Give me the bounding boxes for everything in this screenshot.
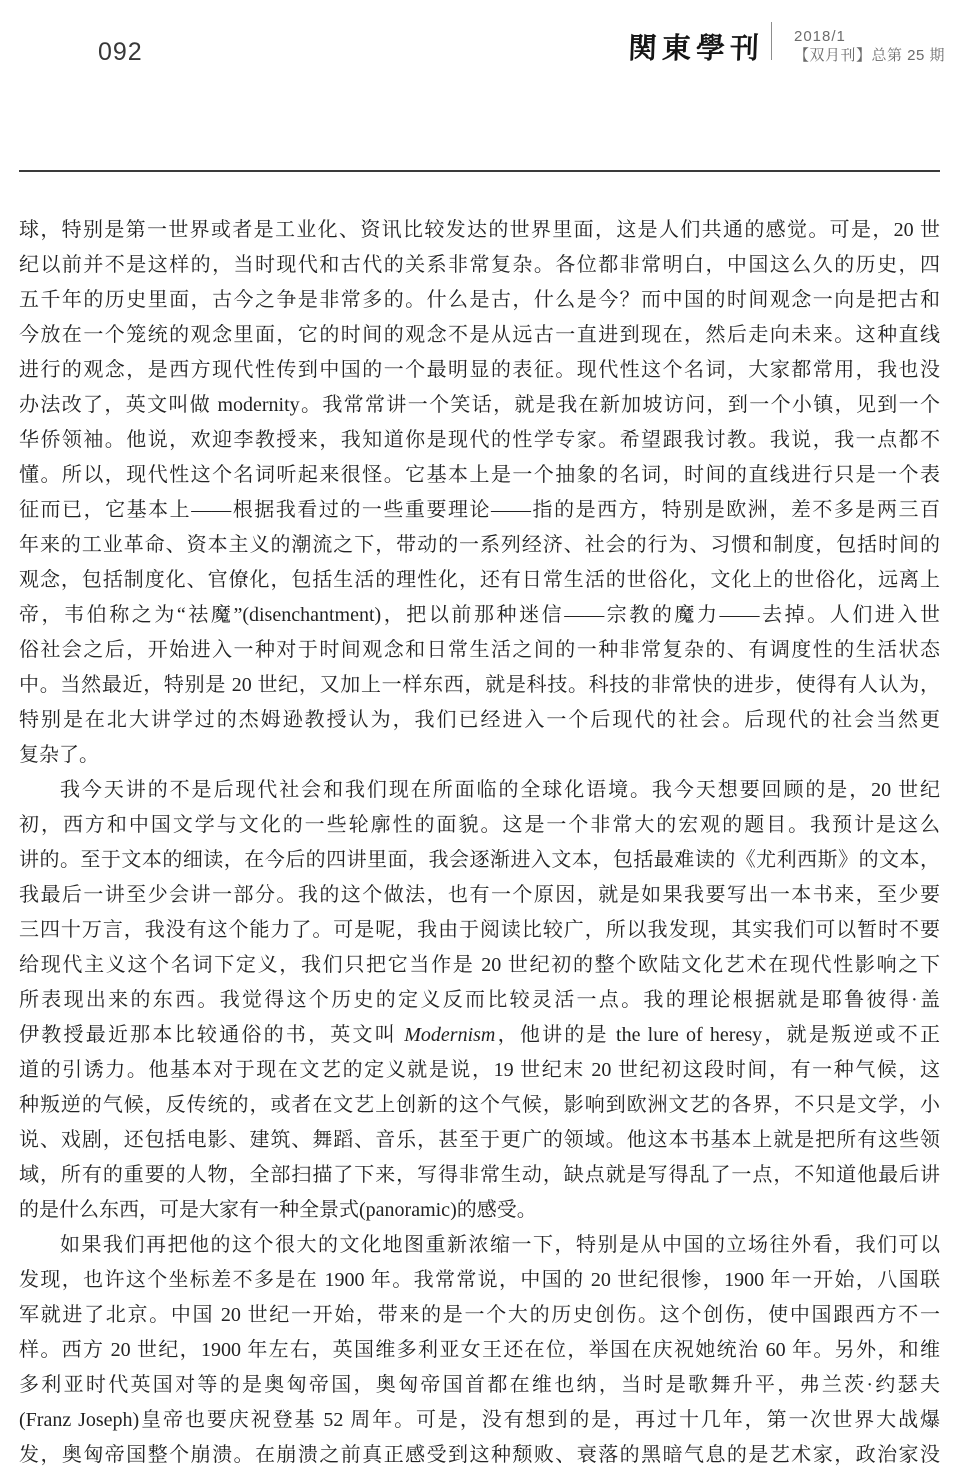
- text-line: 进行的观念，是西方现代性传到中国的一个最明显的表征。现代性这个名词，大家都常用，…: [19, 353, 940, 388]
- text-line: 懂。所以，现代性这个名词听起来很怪。它基本上是一个抽象的名词，时间的直线进行只是…: [19, 458, 940, 493]
- issue-volume: 2018/1: [794, 28, 945, 45]
- text-line: 道的引诱力。他基本对于现在文艺的定义就是说，19 世纪末 20 世纪初这段时间，…: [19, 1053, 940, 1088]
- text-line: 种叛逆的气候，反传统的，或者在文艺上创新的这个气候，影响到欧洲文艺的各界，不只是…: [19, 1088, 940, 1123]
- text-line: 俗社会之后，开始进入一种对于时间观念和日常生活之间的一种非常复杂的、有调度性的生…: [19, 633, 940, 668]
- text-line: 初，西方和中国文学与文化的一些轮廓性的面貌。这是一个非常大的宏观的题目。我预计是…: [19, 808, 940, 843]
- text-line: 伊教授最近那本比较通俗的书，英文叫 Modernism，他讲的是 the lur…: [19, 1018, 940, 1053]
- text-line: 办法改了，英文叫做 modernity。我常常讲一个笑话，就是我在新加坡访问，到…: [19, 388, 940, 423]
- text-line: 域，所有的重要的人物，全部扫描了下来，写得非常生动，缺点就是写得乱了一点，不知道…: [19, 1158, 940, 1193]
- text-line: 多利亚时代英国对等的是奥匈帝国，奥匈帝国首都在维也纳，当时是歌舞升平，弗兰茨·约…: [19, 1368, 940, 1403]
- text-line: 五千年的历史里面，古今之争是非常多的。什么是古，什么是今？而中国的时间观念一向是…: [19, 283, 940, 318]
- journal-page: 092 関東學刊 2018/1 【双月刊】总第 25 期 球，特别是第一世界或者…: [0, 0, 958, 1476]
- text-line: 发现，也许这个坐标差不多是在 1900 年。我常常说，中国的 20 世纪很惨，1…: [19, 1263, 940, 1298]
- text-line: 如果我们再把他的这个很大的文化地图重新浓缩一下，特别是从中国的立场往外看，我们可…: [19, 1228, 940, 1263]
- page-number: 092: [98, 38, 143, 67]
- text-line: 特别是在北大讲学过的杰姆逊教授认为，我们已经进入一个后现代的社会。后现代的社会当…: [19, 703, 940, 738]
- text-line: 发，奥匈帝国整个崩溃。在崩溃之前真正感受到这种颓败、衰落的黑暗气息的是艺术家，政…: [19, 1438, 940, 1473]
- text-line: 观念，包括制度化、官僚化，包括生活的理性化，还有日常生活的世俗化，文化上的世俗化…: [19, 563, 940, 598]
- issue-number: 【双月刊】总第 25 期: [794, 47, 945, 64]
- header-rule: [19, 170, 940, 172]
- text-line: 我最后一讲至少会讲一部分。我的这个做法，也有一个原因，就是如果我要写出一本书来，…: [19, 878, 940, 913]
- text-line: 球，特别是第一世界或者是工业化、资讯比较发达的世界里面，这是人们共通的感觉。可是…: [19, 213, 940, 248]
- text-segment: 伊教授最近那本比较通俗的书，英文叫: [19, 1024, 404, 1046]
- text-line: 纪以前并不是这样的，当时现代和古代的关系非常复杂。各位都非常明白，中国这么久的历…: [19, 248, 940, 283]
- text-line: 军就进了北京。中国 20 世纪一开始，带来的是一个大的历史创伤。这个创伤，使中国…: [19, 1298, 940, 1333]
- text-segment: ，他讲的是 the lure of heresy，就是叛逆或不正: [495, 1024, 940, 1046]
- text-line: (Franz Joseph)皇帝也要庆祝登基 52 周年。可是，没有想到的是，再…: [19, 1403, 940, 1438]
- text-line: 年来的工业革命、资本主义的潮流之下，带动的一系列经济、社会的行为、习惯和制度，包…: [19, 528, 940, 563]
- text-line: 讲的。至于文本的细读，在今后的四讲里面，我会逐渐进入文本，包括最难读的《尤利西斯…: [19, 843, 940, 878]
- text-line: 给现代主义这个名词下定义，我们只把它当作是 20 世纪初的整个欧陆文化艺术在现代…: [19, 948, 940, 983]
- text-line: 今放在一个笼统的观念里面，它的时间的观念不是从远古一直进到现在，然后走向未来。这…: [19, 318, 940, 353]
- text-line: 三四十万言，我没有这个能力了。可是呢，我由于阅读比较广，所以我发现，其实我们可以…: [19, 913, 940, 948]
- text-line: 帝，韦伯称之为“祛魔”(disenchantment)，把以前那种迷信——宗教的…: [19, 598, 940, 633]
- header-divider: [771, 22, 772, 60]
- issue-info: 2018/1 【双月刊】总第 25 期: [794, 28, 945, 64]
- text-line: 征而已，它基本上——根据我看过的一些重要理论——指的是西方，特别是欧洲，差不多是…: [19, 493, 940, 528]
- text-line: 所表现出来的东西。我觉得这个历史的定义反而比较灵活一点。我的理论根据就是耶鲁彼得…: [19, 983, 940, 1018]
- journal-title: 関東學刊: [627, 26, 764, 67]
- text-line: 华侨领袖。他说，欢迎李教授来，我知道你是现代的性学专家。希望跟我讨教。我说，我一…: [19, 423, 940, 458]
- body-text: 球，特别是第一世界或者是工业化、资讯比较发达的世界里面，这是人们共通的感觉。可是…: [19, 213, 940, 1473]
- text-line: 复杂了。: [19, 738, 940, 773]
- text-line: 的是什么东西，可是大家有一种全景式(panoramic)的感受。: [19, 1193, 940, 1228]
- book-title-italic: Modernism: [404, 1024, 495, 1046]
- text-line: 说、戏剧，还包括电影、建筑、舞蹈、音乐，甚至于更广的领域。他这本书基本上就是把所…: [19, 1123, 940, 1158]
- text-line: 我今天讲的不是后现代社会和我们现在所面临的全球化语境。我今天想要回顾的是，20 …: [19, 773, 940, 808]
- text-line: 中。当然最近，特别是 20 世纪，又加上一样东西，就是科技。科技的非常快的进步，…: [19, 668, 940, 703]
- text-line: 样。西方 20 世纪，1900 年左右，英国维多利亚女王还在位，举国在庆祝她统治…: [19, 1333, 940, 1368]
